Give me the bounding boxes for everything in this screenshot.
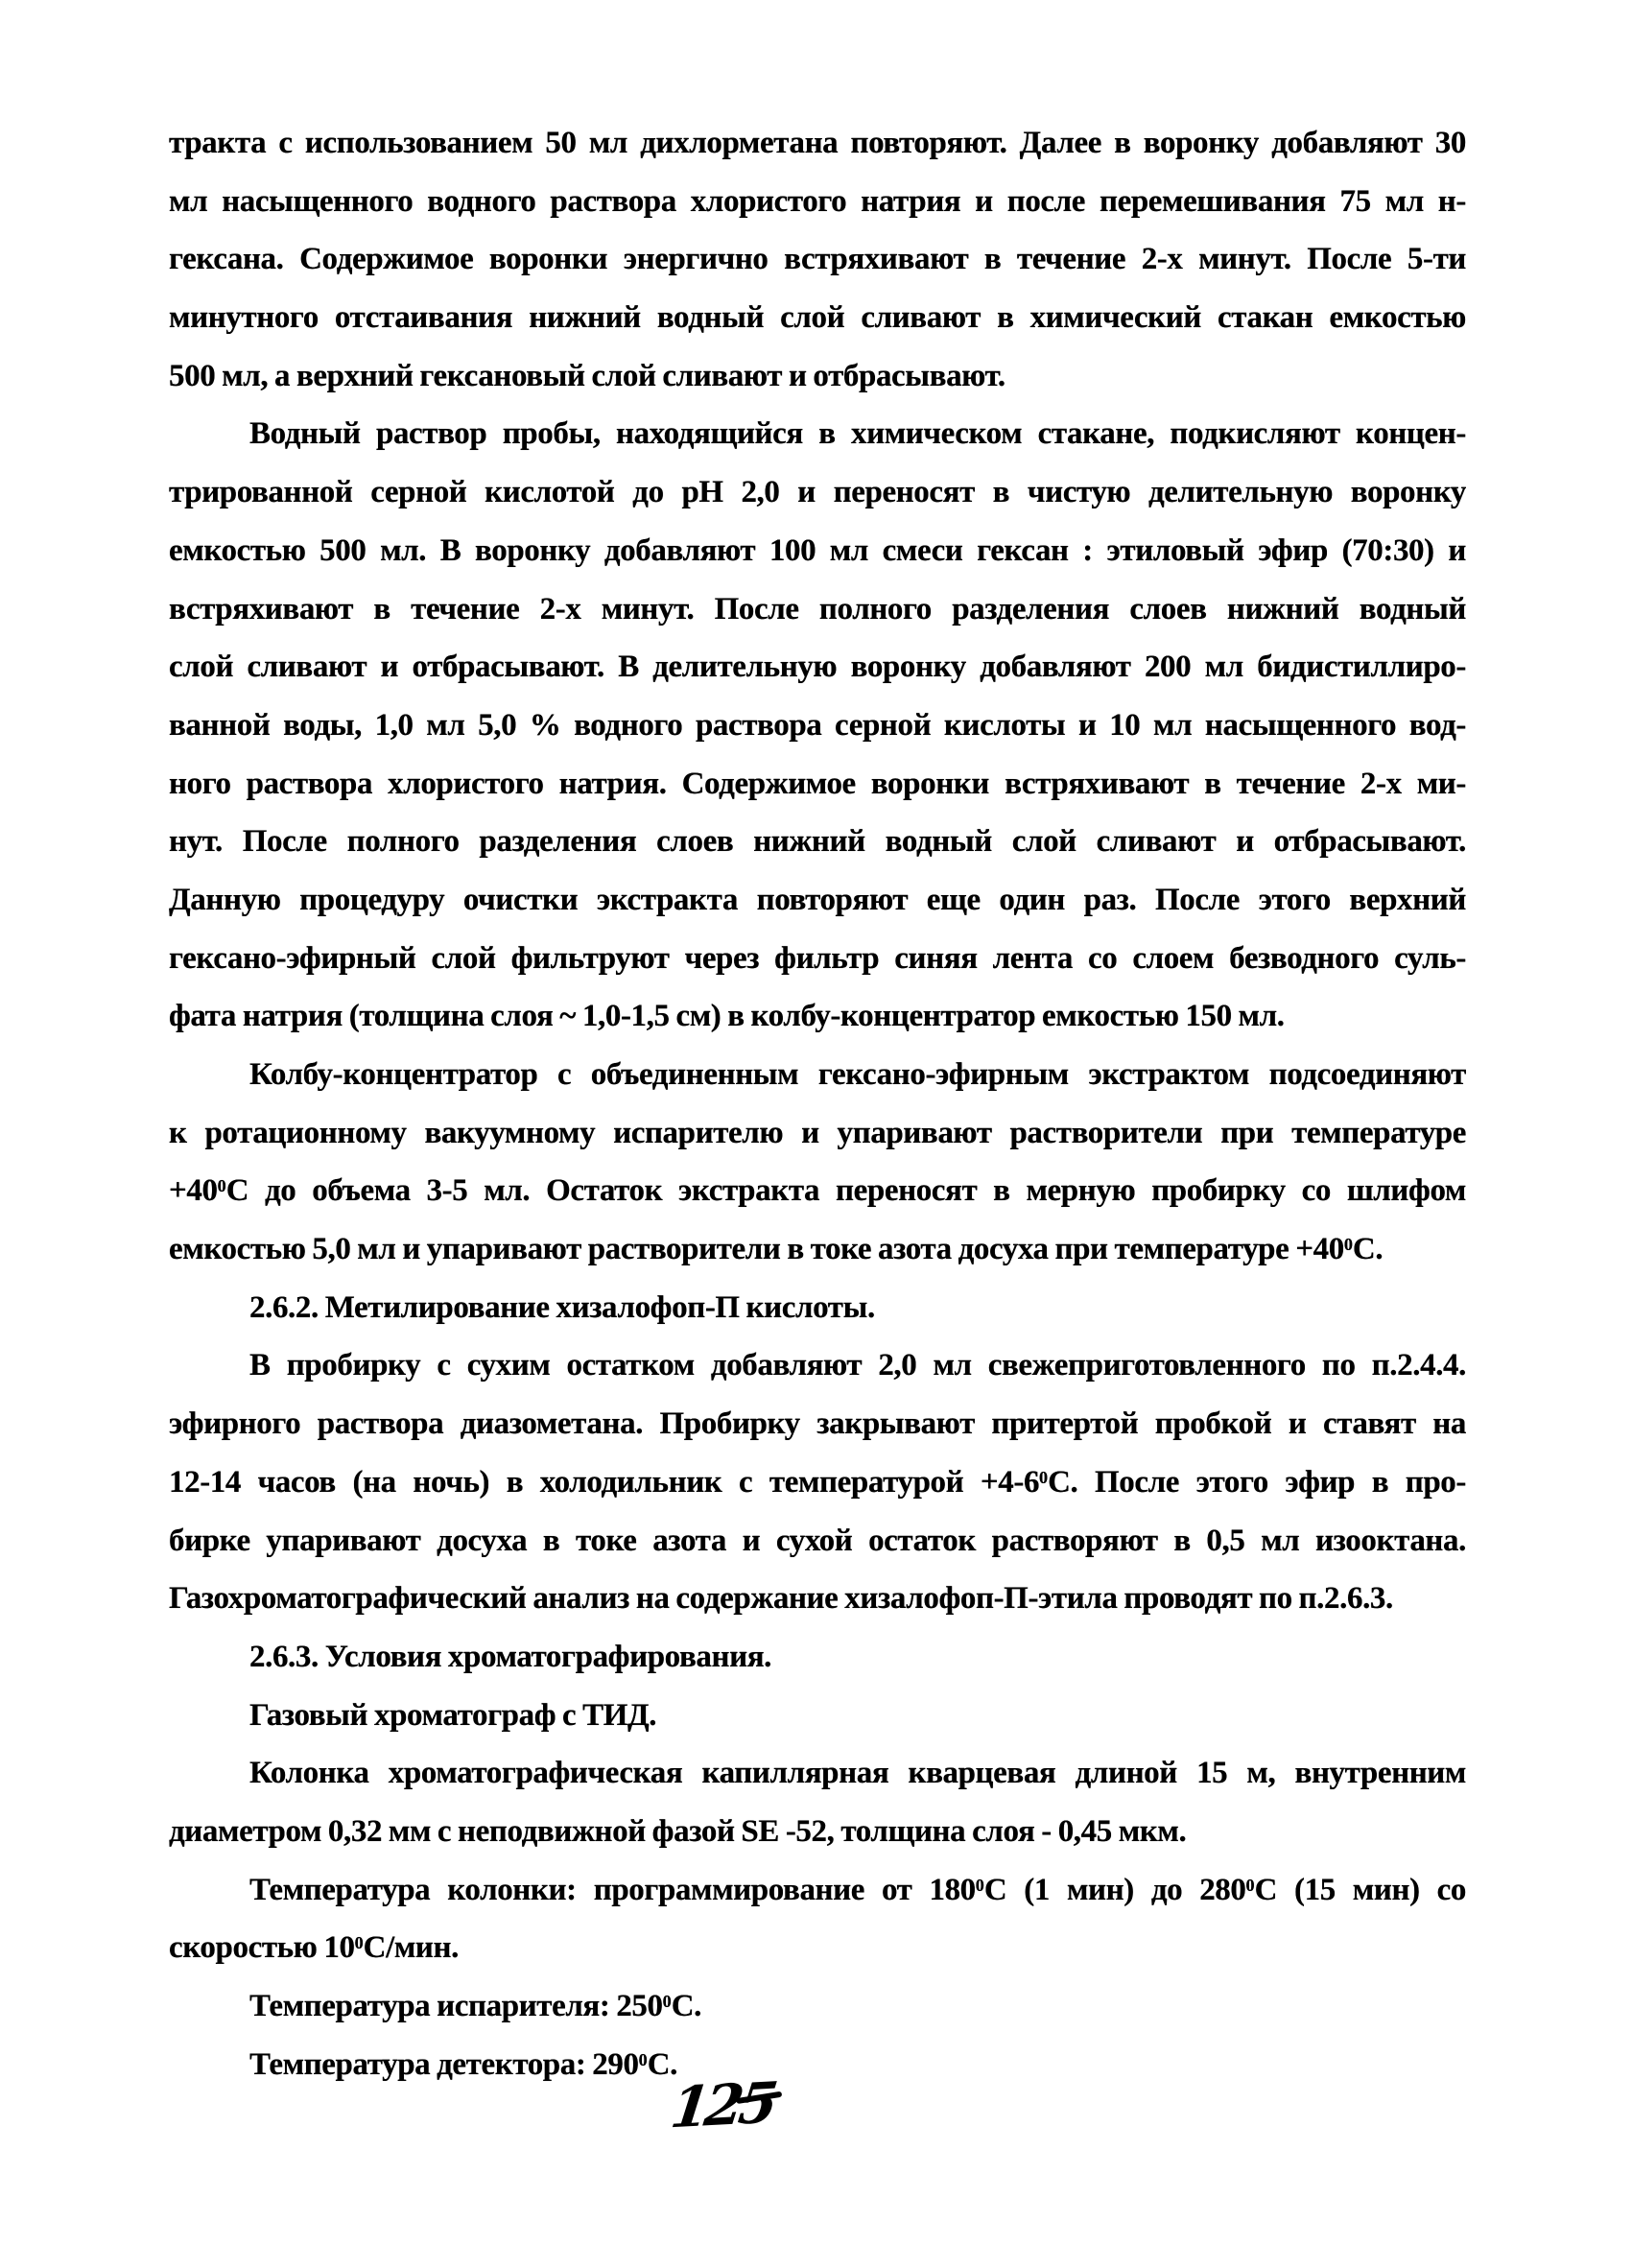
page-number-handwritten: 125 (670, 2067, 827, 2161)
text-line: В пробирку с сухим остатком добавляют 2,… (169, 1336, 1466, 1395)
scanned-document-page: тракта с использованием 50 мл дихлормета… (0, 0, 1632, 2268)
text-line: фата натрия (толщина слоя ~ 1,0-1,5 см) … (169, 987, 1466, 1046)
text-line: емкостью 5,0 мл и упаривают растворители… (169, 1220, 1466, 1279)
text-line: Газовый хроматограф с ТИД. (169, 1687, 1466, 1745)
text-line: Температура колонки: программирование от… (169, 1861, 1466, 1920)
text-line: к ротационному вакуумному испарителю и у… (169, 1104, 1466, 1163)
text-line: 500 мл, а верхний гексановый слой сливаю… (169, 347, 1466, 406)
text-line: нут. После полного разделения слоев нижн… (169, 813, 1466, 871)
text-line: гексано-эфирный слой фильтруют через фил… (169, 930, 1466, 988)
text-line: 2.6.2. Метилирование хизалофоп-П кислоты… (169, 1279, 1466, 1337)
text-line: скоростью 100С/мин. (169, 1919, 1466, 1977)
text-line: 12-14 часов (на ночь) в холодильник с те… (169, 1453, 1466, 1512)
text-line: диаметром 0,32 мм с неподвижной фазой SE… (169, 1803, 1466, 1861)
text-line: Колбу-концентратор с объединенным гексан… (169, 1046, 1466, 1104)
page-number-digits: 125 (667, 2067, 828, 2142)
text-line: мл насыщенного водного раствора хлористо… (169, 173, 1466, 231)
text-line: гексана. Содержимое воронки энергично вс… (169, 230, 1466, 289)
text-line: +400С до объема 3-5 мл. Остаток экстракт… (169, 1162, 1466, 1220)
text-line: тракта с использованием 50 мл дихлормета… (169, 114, 1466, 173)
text-line: Данную процедуру очистки экстракта повто… (169, 871, 1466, 930)
text-line: Газохроматографический анализ на содержа… (169, 1570, 1466, 1628)
text-line: емкостью 500 мл. В воронку добавляют 100… (169, 522, 1466, 580)
text-line: Температура испарителя: 2500С. (169, 1977, 1466, 2036)
text-line: эфирного раствора диазометана. Пробирку … (169, 1395, 1466, 1453)
text-line: 2.6.3. Условия хроматографирования. (169, 1628, 1466, 1687)
text-line: слой сливают и отбрасывают. В делительну… (169, 638, 1466, 697)
document-text: тракта с использованием 50 мл дихлормета… (169, 114, 1466, 2093)
text-line: трированной серной кислотой до рН 2,0 и … (169, 463, 1466, 522)
text-line: встряхивают в течение 2-х минут. После п… (169, 580, 1466, 639)
text-line: ванной воды, 1,0 мл 5,0 % водного раство… (169, 697, 1466, 755)
text-line: Водный раствор пробы, находящийся в хими… (169, 405, 1466, 463)
text-line: минутного отстаивания нижний водный слой… (169, 289, 1466, 347)
text-line: бирке упаривают досуха в токе азота и су… (169, 1512, 1466, 1571)
text-line: Колонка хроматографическая капиллярная к… (169, 1744, 1466, 1803)
text-line: ного раствора хлористого натрия. Содержи… (169, 755, 1466, 814)
